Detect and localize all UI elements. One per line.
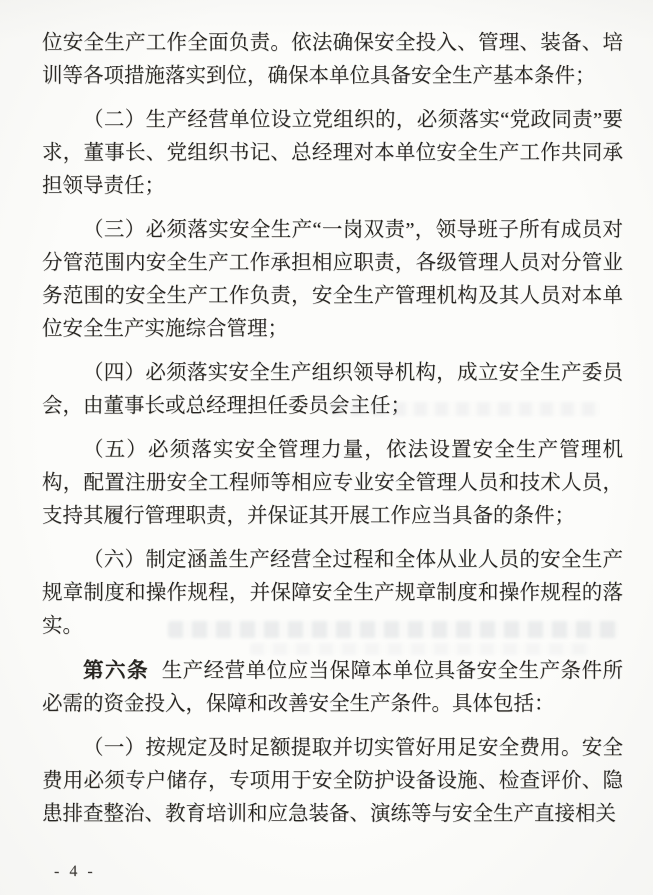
paragraph: （三）必须落实安全生产“一岗双责”，领导班子所有成员对分管范围内安全生产工作承担… — [42, 214, 623, 346]
paragraph: （四）必须落实安全生产组织领导机构，成立安全生产委员会，由董事长或总经理担任委员… — [42, 357, 623, 423]
paragraph: （一）按规定及时足额提取并切实管好用足安全费用。安全费用必须专户储存，专项用于安… — [42, 732, 623, 831]
paragraph: 第六条生产经营单位应当保障本单位具备安全生产条件所必需的资金投入，保障和改善安全… — [42, 654, 623, 721]
scanned-document-page: 位安全生产工作全面负责。依法确保安全投入、管理、装备、培训等各项措施落实到位，确… — [0, 0, 653, 895]
paragraph: （二）生产经营单位设立党组织的，必须落实“党政同责”要求，董事长、党组织书记、总… — [42, 104, 623, 203]
article-number: 第六条 — [83, 659, 149, 682]
paragraph: （五）必须落实安全管理力量，依法设置安全生产管理机构，配置注册安全工程师等相应专… — [42, 434, 623, 533]
paragraph: （六）制定涵盖生产经营全过程和全体从业人员的安全生产规章制度和操作规程，并保障安… — [42, 544, 623, 643]
page-number: - 4 - — [54, 863, 96, 881]
document-body: 位安全生产工作全面负责。依法确保安全投入、管理、装备、培训等各项措施落实到位，确… — [42, 27, 623, 842]
paragraph: 位安全生产工作全面负责。依法确保安全投入、管理、装备、培训等各项措施落实到位，确… — [42, 27, 623, 93]
